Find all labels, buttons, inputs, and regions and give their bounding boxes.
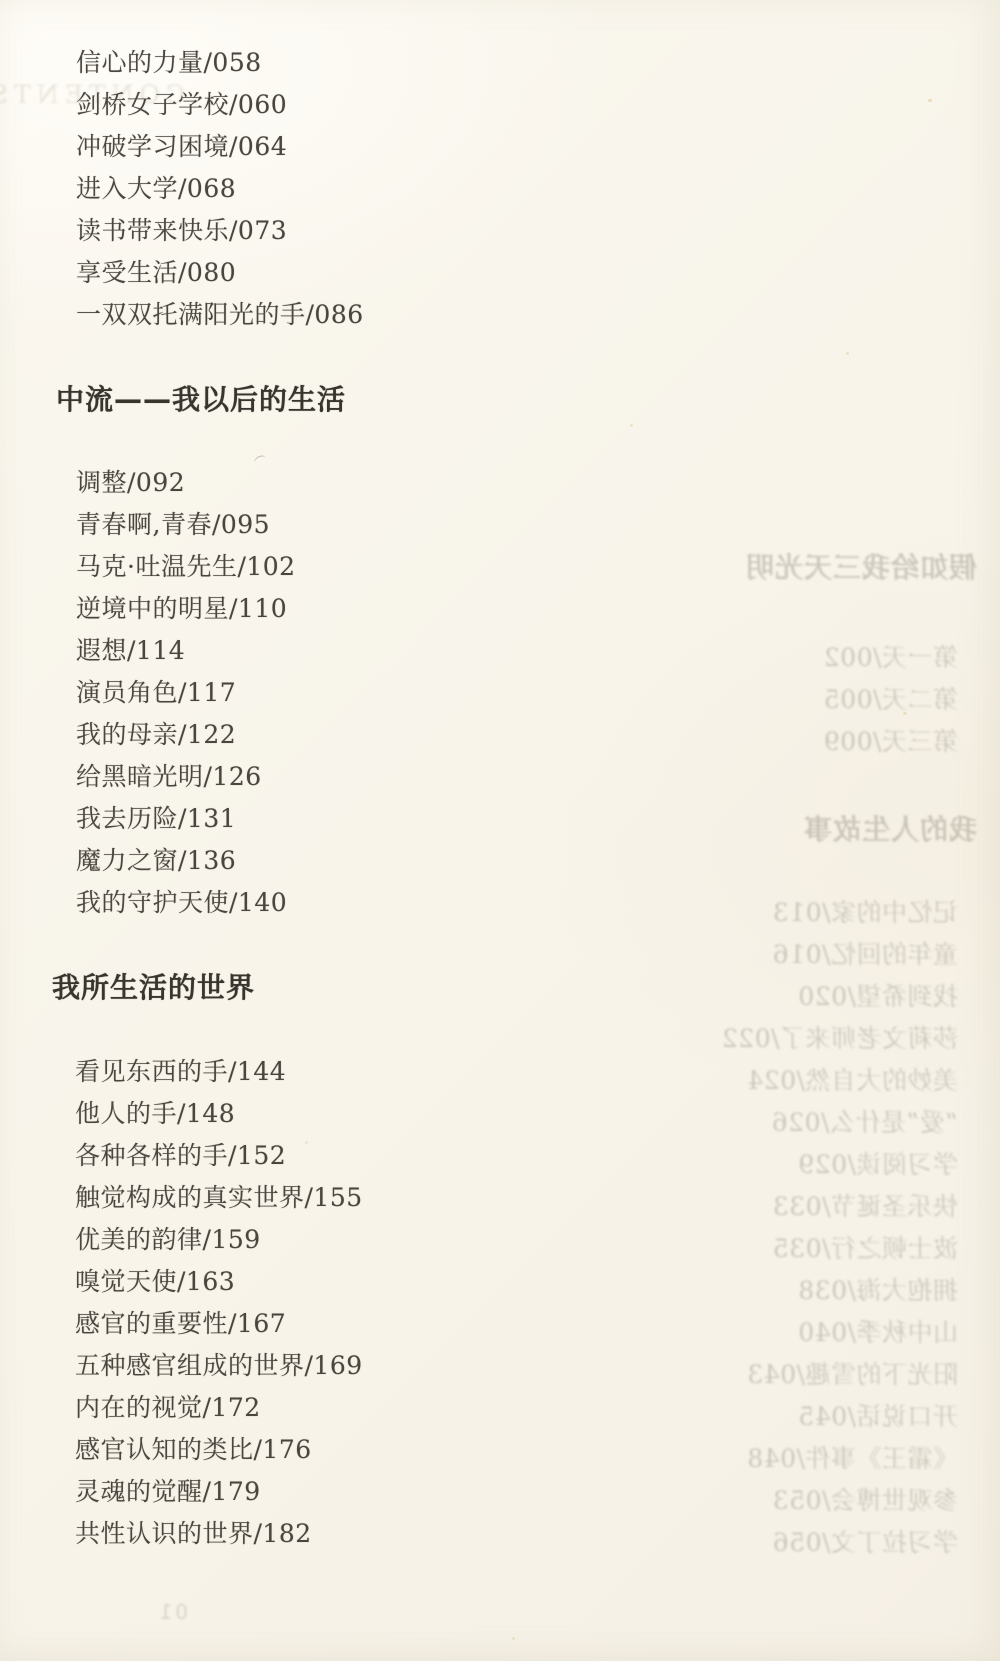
toc-entry: 内在的视觉/172 [75,1387,363,1429]
paper-speckle [928,99,932,102]
toc-entry: 优美的韵律/159 [75,1219,363,1261]
paper-speckle [630,424,633,427]
toc-entry: 进入大学/068 [76,168,364,210]
section-heading: 中流——我以后的生活 [56,379,346,421]
bleedthrough-toc-entry: 学习阅读/029 [721,1144,958,1186]
bleedthrough-toc-entry: 第二天/005 [823,679,958,721]
bleedthrough-toc-entry: 找到希望/020 [721,976,958,1018]
bleedthrough-section-heading: 我的人生故事 [803,809,977,851]
bleedthrough-item-list: 记忆中的家/013 童年的回忆/016 找到希望/020 莎莉文老师来了/022… [721,892,958,1564]
bleedthrough-toc-entry: 莎莉文老师来了/022 [721,1018,958,1060]
scanned-toc-page: CONTENTS 假如给我三天光明 第一天/002 第二天/005 第三天/00… [0,0,1000,1661]
bleedthrough-toc-entry: 童年的回忆/016 [721,934,958,976]
bleedthrough-toc-entry: 快乐圣诞节/033 [721,1186,958,1228]
toc-entry: 逆境中的明星/110 [76,588,296,630]
toc-entry: 马克·吐温先生/102 [76,546,296,588]
toc-entry: 给黑暗光明/126 [76,756,296,798]
toc-entry: 感官的重要性/167 [75,1303,363,1345]
toc-entry: 一双双托满阳光的手/086 [76,294,364,336]
bleedthrough-toc-entry: 学习拉丁文/056 [721,1522,958,1564]
toc-entry: 共性认识的世界/182 [75,1513,363,1555]
toc-entry: 青春啊,青春/095 [76,504,296,546]
paper-speckle [846,352,849,355]
toc-entry: 享受生活/080 [76,252,364,294]
bleedthrough-toc-entry: 开口说话/045 [721,1396,958,1438]
toc-entry: 剑桥女子学校/060 [76,84,364,126]
toc-entry: 灵魂的觉醒/179 [75,1471,363,1513]
toc-entry: 演员角色/117 [76,672,296,714]
toc-entry: 他人的手/148 [75,1093,363,1135]
toc-entry: 我去历险/131 [76,798,296,840]
bleedthrough-toc-entry: 第三天/009 [823,721,958,763]
toc-entry: 魔力之窗/136 [76,840,296,882]
bleedthrough-toc-entry: 记忆中的家/013 [721,892,958,934]
toc-entry: 信心的力量/058 [76,42,364,84]
bleedthrough-toc-entry: 第一天/002 [823,637,958,679]
page-number-bleedthrough: 01 [157,1600,188,1624]
toc-item-list: 信心的力量/058 剑桥女子学校/060 冲破学习困境/064 进入大学/068… [76,42,364,336]
bleedthrough-toc-entry: 美妙的大自然/024 [721,1060,958,1102]
bleedthrough-toc-entry: 参观世博会/053 [721,1480,958,1522]
paper-speckle [903,712,907,715]
bleedthrough-section-heading: 假如给我三天光明 [745,547,977,589]
toc-entry: 五种感官组成的世界/169 [75,1345,363,1387]
paper-speckle [305,1141,308,1144]
toc-entry: 遐想/114 [76,630,296,672]
toc-entry: 调整/092 [76,462,296,504]
bleedthrough-item-list: 第一天/002 第二天/005 第三天/009 [823,637,958,763]
toc-entry: 触觉构成的真实世界/155 [75,1177,363,1219]
toc-entry: 各种各样的手/152 [75,1135,363,1177]
bleedthrough-toc-entry: 拥抱大海/038 [721,1270,958,1312]
toc-entry: 嗅觉天使/163 [75,1261,363,1303]
bleedthrough-toc-entry: 阳光下的雪趣/043 [721,1354,958,1396]
toc-entry: 我的母亲/122 [76,714,296,756]
toc-entry: 我的守护天使/140 [76,882,296,924]
bleedthrough-toc-entry: 山中秋季/040 [721,1312,958,1354]
bleedthrough-toc-entry: 波士顿之行/035 [721,1228,958,1270]
bleedthrough-toc-entry: “爱”是什么/026 [721,1102,958,1144]
paper-speckle [512,1637,515,1640]
section-heading: 我所生活的世界 [52,967,255,1009]
toc-item-list: 看见东西的手/144 他人的手/148 各种各样的手/152 触觉构成的真实世界… [75,1051,363,1555]
toc-entry: 读书带来快乐/073 [76,210,364,252]
bleedthrough-toc-entry: 《霜王》事件/048 [721,1438,958,1480]
toc-entry: 看见东西的手/144 [75,1051,363,1093]
toc-entry: 感官认知的类比/176 [75,1429,363,1471]
toc-entry: 冲破学习困境/064 [76,126,364,168]
toc-item-list: 调整/092 青春啊,青春/095 马克·吐温先生/102 逆境中的明星/110… [76,462,296,924]
